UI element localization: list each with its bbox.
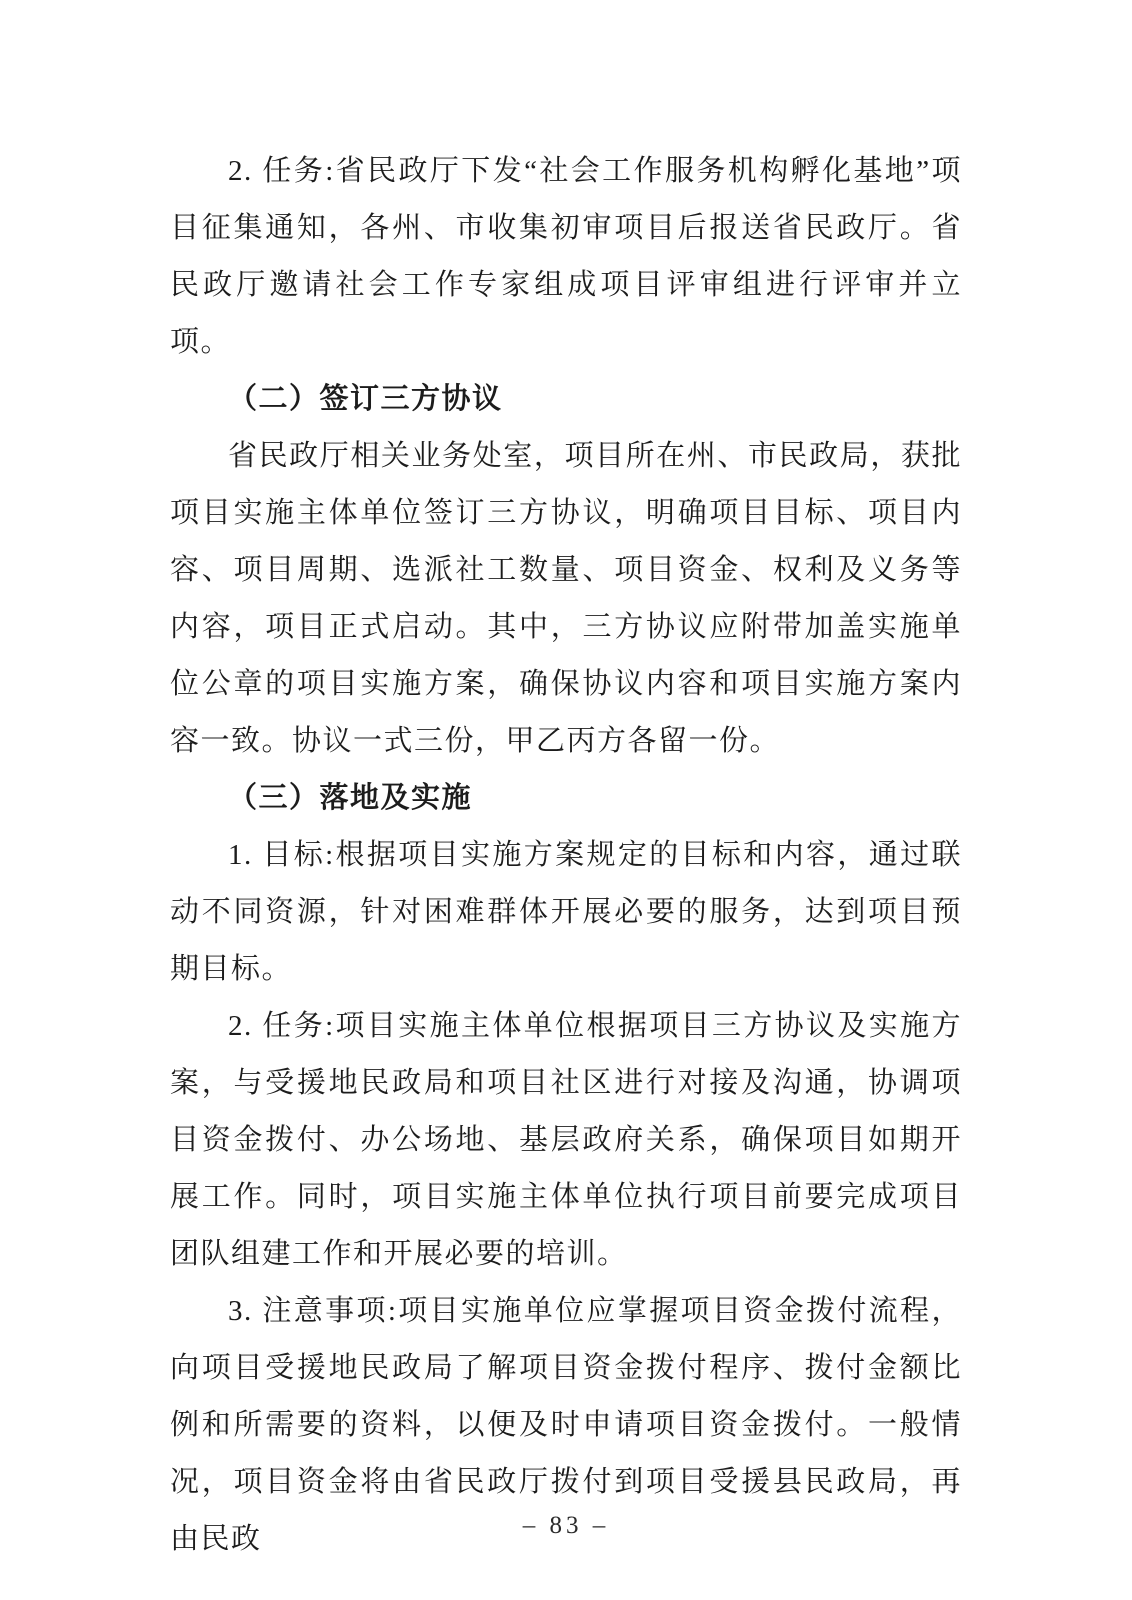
page-number: – 83 – — [0, 1512, 1132, 1540]
section-heading: （二）签订三方协议 — [170, 371, 962, 428]
section-heading: （三）落地及实施 — [170, 770, 962, 827]
document-page: 2. 任务:省民政厅下发“社会工作服务机构孵化基地”项目征集通知，各州、市收集初… — [0, 0, 1132, 1600]
paragraph: 2. 任务:省民政厅下发“社会工作服务机构孵化基地”项目征集通知，各州、市收集初… — [170, 143, 962, 371]
document-body: 2. 任务:省民政厅下发“社会工作服务机构孵化基地”项目征集通知，各州、市收集初… — [170, 143, 962, 1568]
paragraph: 2. 任务:项目实施主体单位根据项目三方协议及实施方案，与受援地民政局和项目社区… — [170, 998, 962, 1283]
paragraph: 省民政厅相关业务处室，项目所在州、市民政局，获批项目实施主体单位签订三方协议，明… — [170, 428, 962, 770]
paragraph: 1. 目标:根据项目实施方案规定的目标和内容，通过联动不同资源，针对困难群体开展… — [170, 827, 962, 998]
